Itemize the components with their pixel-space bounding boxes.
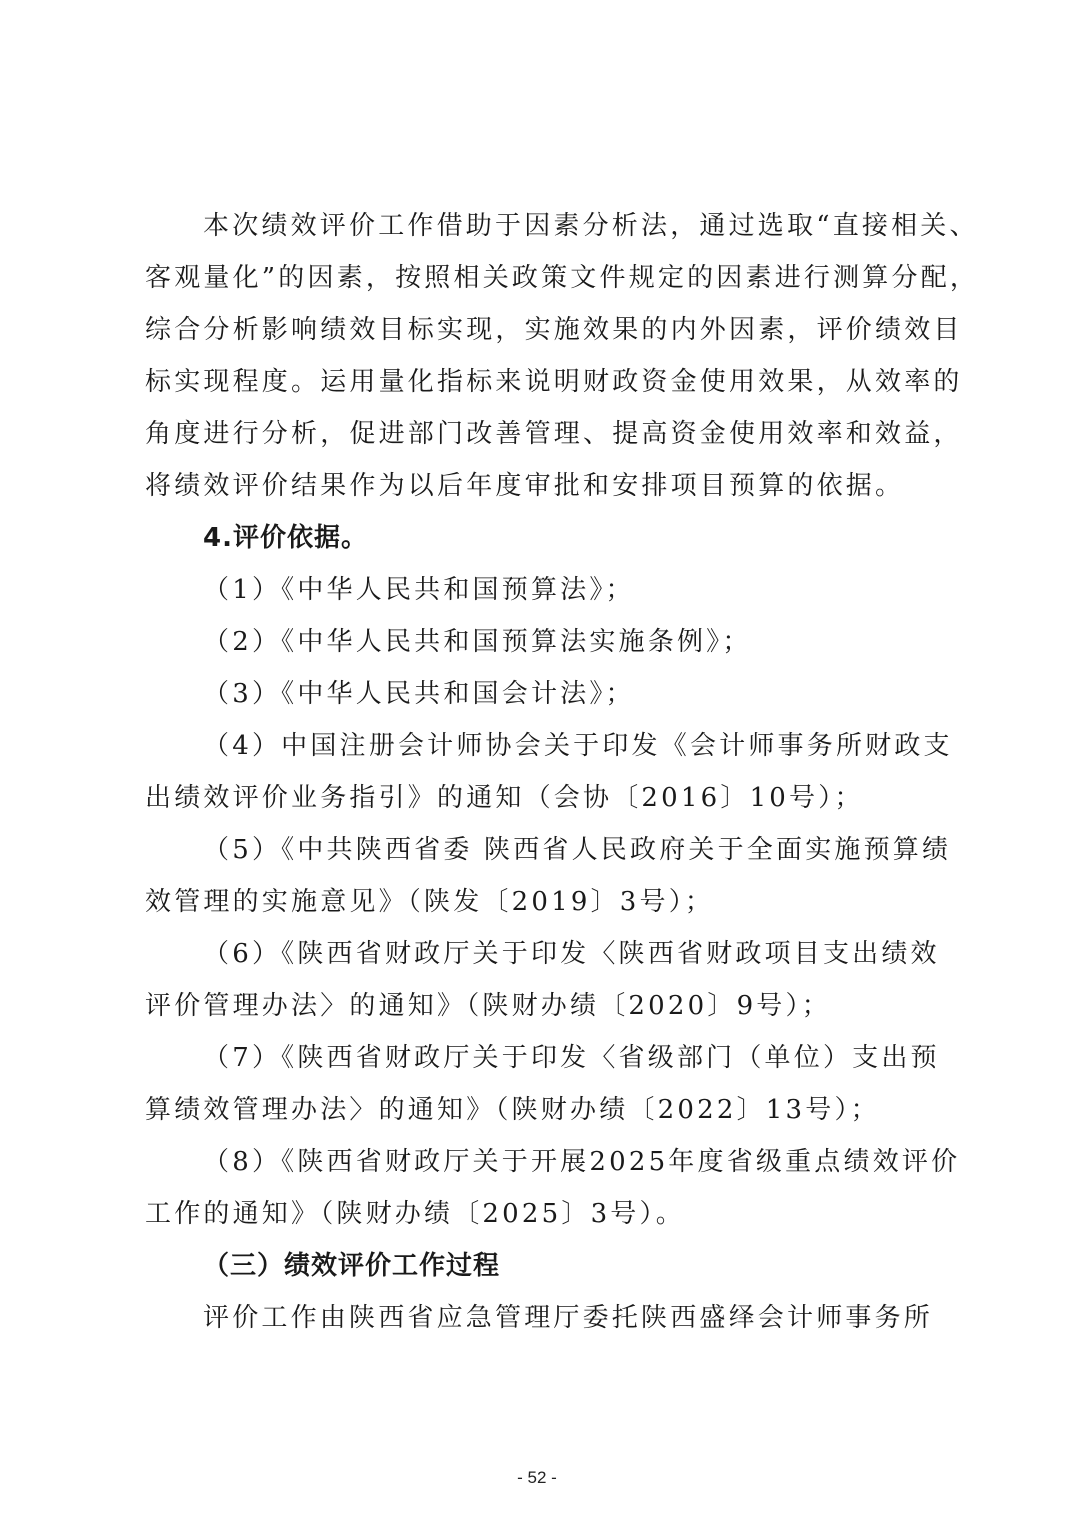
basis-item-3: （3）《中华人民共和国会计法》；: [203, 668, 635, 720]
basis-item-6: （6）《陕西省财政厅关于印发〈陕西省财政项目支出绩效: [203, 928, 940, 980]
basis-item-5-cont: 效管理的实施意见》（陕发〔2019〕3号）；: [145, 876, 714, 928]
section-heading: 4.评价依据。: [203, 512, 368, 564]
section-heading: （三）绩效评价工作过程: [203, 1240, 500, 1292]
basis-item-2: （2）《中华人民共和国预算法实施条例》；: [203, 616, 752, 668]
basis-item-7: （7）《陕西省财政厅关于印发〈省级部门（单位）支出预: [203, 1032, 940, 1084]
basis-item-4-cont: 出绩效评价业务指引》的通知（会协〔2016〕10号）；: [145, 772, 864, 824]
paragraph-line: 综合分析影响绩效目标实现，实施效果的内外因素，评价绩效目: [145, 304, 963, 356]
basis-item-4: （4）中国注册会计师协会关于印发《会计师事务所财政支: [203, 720, 953, 772]
basis-item-8: （8）《陕西省财政厅关于开展2025年度省级重点绩效评价: [203, 1136, 960, 1188]
page-number: - 52 -: [0, 1468, 1074, 1488]
paragraph-line: 客观量化”的因素，按照相关政策文件规定的因素进行测算分配，: [145, 252, 979, 304]
paragraph-line: 本次绩效评价工作借助于因素分析法，通过选取“直接相关、: [203, 200, 979, 252]
basis-item-7-cont: 算绩效管理办法〉的通知》（陕财办绩〔2022〕13号）；: [145, 1084, 880, 1136]
paragraph-line: 标实现程度。运用量化指标来说明财政资金使用效果，从效率的: [145, 356, 963, 408]
paragraph-line: 角度进行分析，促进部门改善管理、提高资金使用效率和效益，: [145, 408, 963, 460]
basis-item-8-cont: 工作的通知》（陕财办绩〔2025〕3号）。: [145, 1188, 685, 1240]
basis-item-1: （1）《中华人民共和国预算法》；: [203, 564, 635, 616]
basis-item-6-cont: 评价管理办法〉的通知》（陕财办绩〔2020〕9号）；: [145, 980, 831, 1032]
paragraph-line: 评价工作由陕西省应急管理厅委托陕西盛绎会计师事务所: [203, 1292, 933, 1344]
paragraph-line: 将绩效评价结果作为以后年度审批和安排项目预算的依据。: [145, 460, 904, 512]
basis-item-5: （5）《中共陕西省委 陕西省人民政府关于全面实施预算绩: [203, 824, 951, 876]
